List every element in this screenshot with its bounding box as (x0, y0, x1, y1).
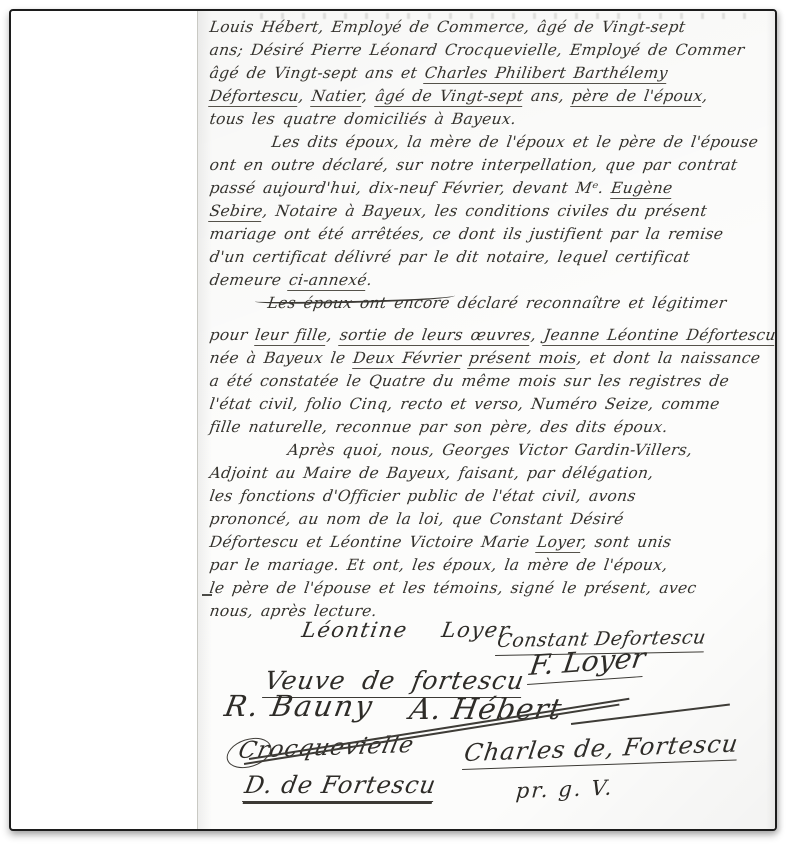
text-segment: Défortescu et Léontine Victoire Marie (208, 533, 538, 551)
document-line: fille naturelle, reconnue par son père, … (208, 416, 771, 439)
text-segment: Les dits époux, la mère de l'époux et le… (270, 133, 759, 151)
text-segment: , Notaire à Bayeux, les conditions civil… (261, 202, 708, 220)
document-line: par le mariage. Et ont, les époux, la mè… (208, 554, 771, 577)
margin-dash (202, 594, 212, 596)
text-segment: ans; Désiré Pierre Léonard Crocquevielle… (208, 41, 745, 59)
underlined-text: Natier (310, 87, 363, 107)
text-segment: Louis Hébert, Employé de Commerce, âgé d… (208, 18, 686, 36)
text-segment: les fonctions d'Officier public de l'éta… (208, 487, 637, 505)
document-line: tous les quatre domiciliés à Bayeux. (208, 108, 771, 131)
signature-r-bauny: R. Bauny (222, 689, 377, 723)
document-line: a été constatée le Quatre du même mois s… (208, 370, 771, 393)
text-segment: prononcé, au nom de la loi, que Constant… (208, 510, 624, 528)
document-line: âgé de Vingt-sept ans et Charles Philibe… (208, 62, 771, 85)
paragraph: Après quoi, nous, Georges Victor Gardin-… (208, 439, 768, 623)
underlined-text: père de l'époux (571, 87, 704, 107)
scan-frame-border: Louis Hébert, Employé de Commerce, âgé d… (9, 9, 777, 831)
text-segment: ans, (522, 87, 573, 105)
underlined-text: présent mois (468, 349, 579, 369)
text-segment: mariage ont été arrêtées, ce dont ils ju… (208, 225, 724, 243)
text-segment: d'un certificat délivré par le dit notai… (208, 248, 691, 266)
document-line: Après quoi, nous, Georges Victor Gardin-… (208, 439, 771, 462)
document-line: Défortescu et Léontine Victoire Marie Lo… (208, 531, 771, 554)
document-line: Sebire, Notaire à Bayeux, les conditions… (208, 200, 771, 223)
paragraph: Les dits époux, la mère de l'époux et le… (208, 131, 768, 292)
underlined-text: âgé de Vingt-sept (374, 87, 525, 107)
text-segment: l'état civil, folio Cinq, recto et verso… (208, 395, 720, 413)
underlined-text: Charles Philibert Barthélemy (423, 64, 669, 84)
text-segment: demeure (208, 271, 290, 289)
underlined-text: leur fille (254, 326, 329, 346)
document-line: née à Bayeux le Deux Février présent moi… (208, 347, 771, 370)
underlined-text: Eugène (610, 179, 674, 199)
document-line: Les dits époux, la mère de l'époux et le… (208, 131, 771, 154)
document-line: ans; Désiré Pierre Léonard Crocquevielle… (208, 39, 771, 62)
underlined-text: Jeanne Léontine Défortescu (542, 326, 776, 346)
text-segment: Après quoi, nous, Georges Victor Gardin-… (286, 441, 693, 459)
document-body: Louis Hébert, Employé de Commerce, âgé d… (208, 16, 768, 623)
text-segment: passé aujourd'hui, dix-neuf Février, dev… (208, 179, 612, 197)
signature-d-de-fortescu: D. de Fortescu (242, 771, 439, 802)
document-line: pour leur fille, sortie de leurs œuvres,… (208, 324, 771, 347)
underlined-text: Loyer (536, 533, 584, 553)
text-segment: née à Bayeux le (208, 349, 354, 367)
document-line: ont en outre déclaré, sur notre interpel… (208, 154, 771, 177)
text-segment: Adjoint au Maire de Bayeux, faisant, par… (208, 464, 654, 482)
document-line: le père de l'épouse et les témoins, sign… (208, 577, 771, 600)
scanned-document-screenshot: Louis Hébert, Employé de Commerce, âgé d… (0, 0, 787, 844)
document-line: l'état civil, folio Cinq, recto et verso… (208, 393, 771, 416)
text-segment: pour (208, 326, 256, 344)
document-line: demeure ci-annexé. (208, 269, 771, 292)
paragraph: Les époux ont encore déclaré reconnaître… (208, 292, 768, 439)
paragraph: Louis Hébert, Employé de Commerce, âgé d… (208, 16, 768, 131)
underlined-text: Deux Février (352, 349, 463, 369)
underlined-text: ci-annexé (287, 271, 368, 291)
signature-officiant-paraph: pr. g. V. (515, 776, 614, 803)
document-line: Louis Hébert, Employé de Commerce, âgé d… (208, 16, 771, 39)
text-segment: . (366, 271, 374, 289)
signature-leontine-loyer: Léontine Loyer (300, 618, 512, 642)
document-line: les fonctions d'Officier public de l'éta… (208, 485, 771, 508)
document-line: prononcé, au nom de la loi, que Constant… (208, 508, 771, 531)
text-segment: , et dont la naissance (576, 349, 762, 367)
text-segment: , (701, 87, 709, 105)
underlined-text: Défortescu (208, 87, 300, 107)
text-segment: tous les quatre domiciliés à Bayeux. (208, 110, 517, 128)
text-segment: par le mariage. Et ont, les époux, la mè… (208, 556, 668, 574)
underlined-text: sortie de leurs œuvres (338, 326, 532, 346)
document-line: d'un certificat délivré par le dit notai… (208, 246, 771, 269)
text-segment: , sont unis (581, 533, 673, 551)
text-segment: le père de l'épouse et les témoins, sign… (208, 579, 697, 597)
text-segment: âgé de Vingt-sept ans et (208, 64, 426, 82)
document-line: mariage ont été arrêtées, ce dont ils ju… (208, 223, 771, 246)
document-line: passé aujourd'hui, dix-neuf Février, dev… (208, 177, 771, 200)
text-segment: fille naturelle, reconnue par son père, … (208, 418, 669, 436)
underlined-text: Sebire (208, 202, 264, 222)
document-line: Adjoint au Maire de Bayeux, faisant, par… (208, 462, 771, 485)
document-line: Défortescu, Natier, âgé de Vingt-sept an… (208, 85, 771, 108)
text-segment: ont en outre déclaré, sur notre interpel… (208, 156, 738, 174)
text-segment: a été constatée le Quatre du même mois s… (208, 372, 730, 390)
